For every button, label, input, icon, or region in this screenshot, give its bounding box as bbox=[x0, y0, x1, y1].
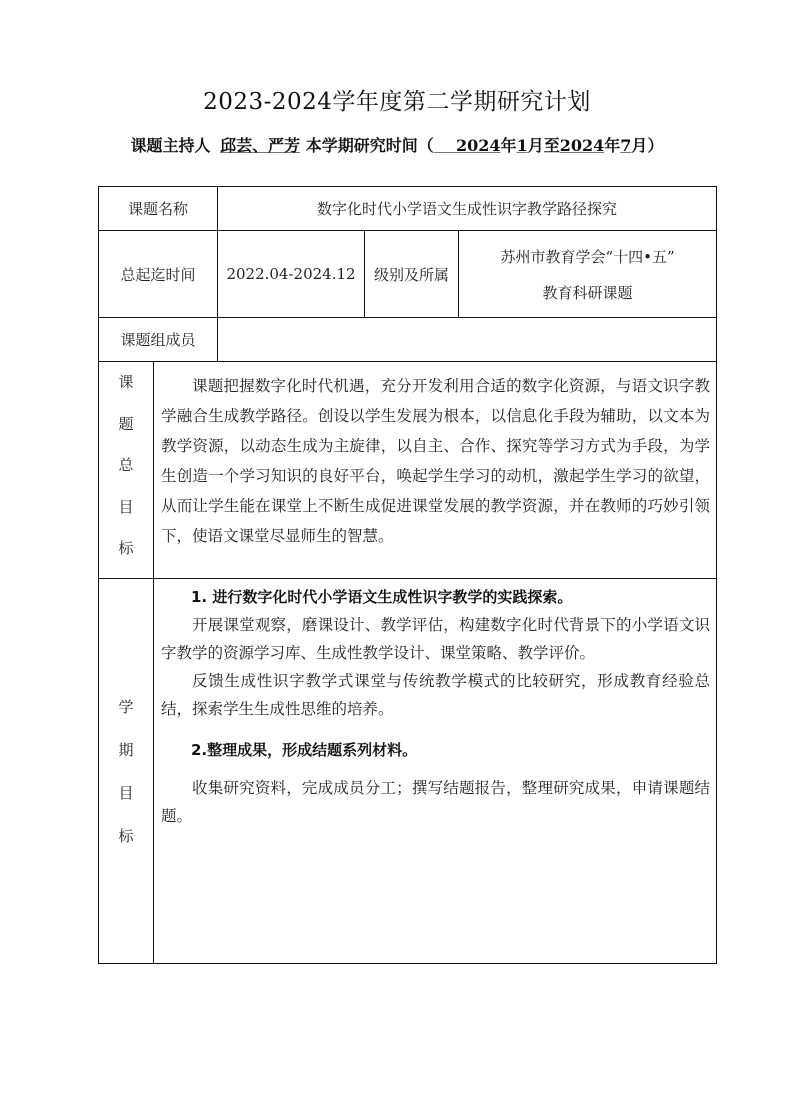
to-char: 至 bbox=[544, 136, 560, 155]
row-period: 总起迄时间 2022.04-2024.12 级别及所属 苏州市教育学会“十四•五… bbox=[99, 231, 717, 318]
month-char: 月 bbox=[528, 136, 544, 155]
overall-goal-text: 课题把握数字化时代机遇，充分开发利用合适的数字化资源，与语文识字教学融合生成教学… bbox=[161, 363, 710, 551]
term-goal-char: 标 bbox=[118, 824, 133, 867]
overall-goal-char: 标 bbox=[118, 536, 133, 578]
term-goal-char: 目 bbox=[118, 781, 133, 824]
end-month: 7 bbox=[620, 136, 631, 155]
term-goal-content: 1. 进行数字化时代小学语文生成性识字教学的实践探索。 开展课堂观察，磨课设计、… bbox=[154, 579, 717, 964]
topic-name-label: 课题名称 bbox=[99, 187, 218, 231]
row-term-goal: 学 期 目 标 1. 进行数字化时代小学语文生成性识字教学的实践探索。 开展课堂… bbox=[99, 579, 717, 964]
row-topic-name: 课题名称 数字化时代小学语文生成性识字教学路径探究 bbox=[99, 187, 717, 231]
overall-goal-char: 总 bbox=[118, 453, 133, 495]
host-label: 课题主持人 bbox=[131, 136, 211, 155]
term-goal-para-2: 反馈生成性识字教学式课堂与传统教学模式的比较研究，形成教育经验总结，探索学生生成… bbox=[161, 667, 710, 723]
start-month: 1 bbox=[517, 136, 528, 155]
overall-goal-char: 课 bbox=[118, 370, 133, 412]
level-line-2: 教育科研课题 bbox=[459, 275, 716, 311]
members-value bbox=[218, 318, 717, 362]
research-plan-table: 课题名称 数字化时代小学语文生成性识字教学路径探究 总起迄时间 2022.04-… bbox=[98, 186, 717, 964]
start-year: 2024 bbox=[434, 136, 501, 155]
overall-goal-label: 课 题 总 目 标 bbox=[99, 362, 154, 579]
level-value: 苏州市教育学会“十四•五” 教育科研课题 bbox=[459, 231, 717, 318]
term-goal-heading-1: 1. 进行数字化时代小学语文生成性识字教学的实践探索。 bbox=[161, 583, 710, 611]
period-label: 本学期研究时间（ bbox=[306, 136, 434, 155]
overall-goal-char: 目 bbox=[118, 495, 133, 537]
term-goal-para-3: 收集研究资料，完成成员分工；撰写结题报告，整理研究成果，申请课题结题。 bbox=[161, 774, 710, 830]
overall-goal-content: 课题把握数字化时代机遇，充分开发利用合适的数字化资源，与语文识字教学融合生成教学… bbox=[154, 362, 717, 579]
document-title: 2023-2024学年度第二学期研究计划 bbox=[0, 86, 794, 118]
close-paren: ） bbox=[647, 136, 663, 155]
period-label: 总起迄时间 bbox=[99, 231, 218, 318]
term-goal-char: 学 bbox=[118, 695, 133, 738]
term-goal-para-1: 开展课堂观察，磨课设计、教学评估，构建数字化时代背景下的小学语文识字教学的资源学… bbox=[161, 611, 710, 667]
row-overall-goal: 课 题 总 目 标 课题把握数字化时代机遇，充分开发利用合适的数字化资源，与语文… bbox=[99, 362, 717, 579]
period-value: 2022.04-2024.12 bbox=[218, 231, 365, 318]
level-label: 级别及所属 bbox=[365, 231, 459, 318]
month-char-2: 月 bbox=[631, 136, 647, 155]
year-char: 年 bbox=[501, 136, 517, 155]
members-label: 课题组成员 bbox=[99, 318, 218, 362]
year-char-2: 年 bbox=[604, 136, 620, 155]
term-goal-char: 期 bbox=[118, 738, 133, 781]
host-names: 邱芸、严芳 bbox=[220, 136, 300, 155]
host-line: 课题主持人 邱芸、严芳 本学期研究时间（ 2024年1月至2024年7月） bbox=[0, 133, 794, 159]
level-line-1: 苏州市教育学会“十四•五” bbox=[459, 239, 716, 275]
term-goal-label: 学 期 目 标 bbox=[99, 579, 154, 964]
term-goal-heading-2: 2.整理成果，形成结题系列材料。 bbox=[161, 736, 710, 764]
overall-goal-char: 题 bbox=[118, 412, 133, 454]
topic-name-value: 数字化时代小学语文生成性识字教学路径探究 bbox=[218, 187, 717, 231]
row-members: 课题组成员 bbox=[99, 318, 717, 362]
end-year: 2024 bbox=[560, 136, 605, 155]
start-year-value: 2024 bbox=[456, 136, 501, 155]
